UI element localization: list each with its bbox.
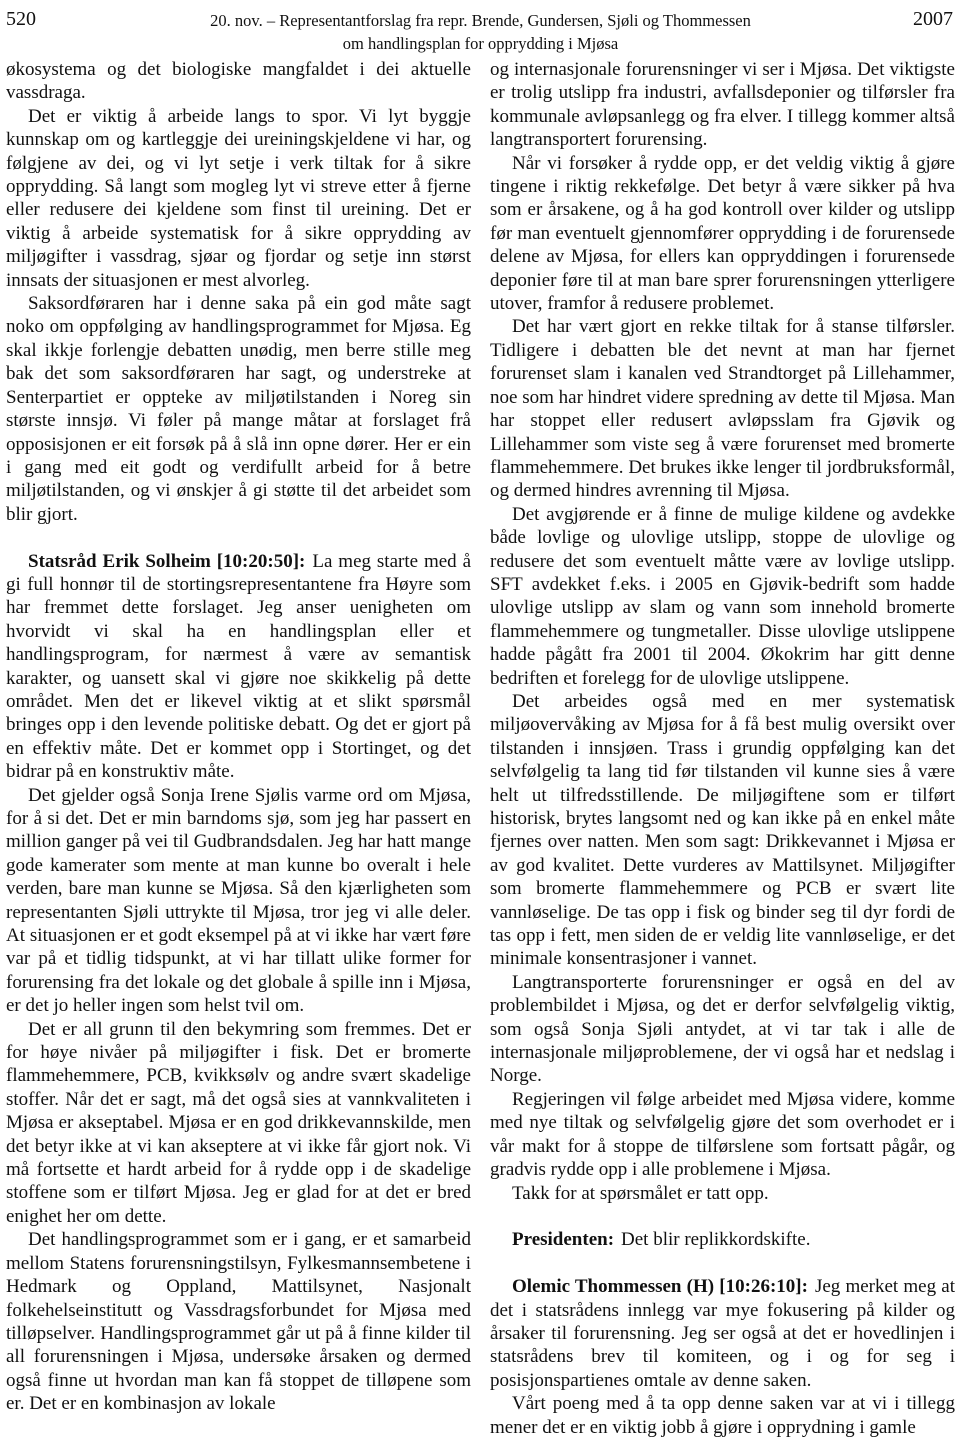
running-title: 20. nov. – Representantforslag fra repr.… [101, 6, 861, 55]
header-year: 2007 [913, 8, 953, 30]
text-columns: økosystema og det biologiske mangfaldet … [6, 58, 955, 1438]
paragraph: Det har vært gjort en rekke tiltak for å… [490, 315, 955, 502]
paragraph: Langtransporterte forurensninger er også… [490, 971, 955, 1088]
paragraph: Takk for at spørsmålet er tatt opp. [490, 1182, 955, 1205]
paragraph: Det handlingsprogrammet som er i gang, e… [6, 1228, 471, 1415]
paragraph: Vårt poeng med å ta opp denne saken var … [490, 1392, 955, 1438]
speaker-label: Olemic Thommessen (H) [10:26:10]: [512, 1276, 808, 1297]
paragraph: Det arbeides også med en mer systematisk… [490, 690, 955, 971]
running-title-line2: om handlingsplan for opprydding i Mjøsa [101, 32, 861, 55]
speech-paragraph: Presidenten:Det blir replikkordskifte. [490, 1228, 955, 1251]
speech-paragraph: Olemic Thommessen (H) [10:26:10]:Jeg mer… [490, 1275, 955, 1392]
paragraph: Når vi forsøker å rydde opp, er det veld… [490, 152, 955, 316]
running-title-line1: 20. nov. – Representantforslag fra repr.… [101, 9, 861, 32]
speaker-label: Presidenten: [512, 1229, 614, 1250]
paragraph: Saksordføraren har i denne saka på ein g… [6, 292, 471, 526]
paragraph: Det avgjørende er å finne de mulige kild… [490, 503, 955, 690]
paragraph: Det gjelder også Sonja Irene Sjølis varm… [6, 784, 471, 1018]
paragraph: Det er all grunn til den bekymring som f… [6, 1018, 471, 1229]
paragraph: økosystema og det biologiske mangfaldet … [6, 58, 471, 105]
paragraph: og internasjonale forurensninger vi ser … [490, 58, 955, 152]
left-column: økosystema og det biologiske mangfaldet … [6, 58, 471, 1438]
paragraph: Det er viktig å arbeide langs to spor. V… [6, 105, 471, 292]
page-header: 520 20. nov. – Representantforslag fra r… [6, 6, 955, 55]
paragraph: Regjeringen vil følge arbeidet med Mjøsa… [490, 1088, 955, 1182]
document-page: 520 20. nov. – Representantforslag fra r… [0, 0, 960, 1438]
speaker-label: Statsråd Erik Solheim [10:20:50]: [28, 551, 305, 572]
speech-paragraph: Statsråd Erik Solheim [10:20:50]:La meg … [6, 550, 471, 784]
page-number: 520 [6, 8, 36, 30]
right-column: og internasjonale forurensninger vi ser … [490, 58, 955, 1438]
